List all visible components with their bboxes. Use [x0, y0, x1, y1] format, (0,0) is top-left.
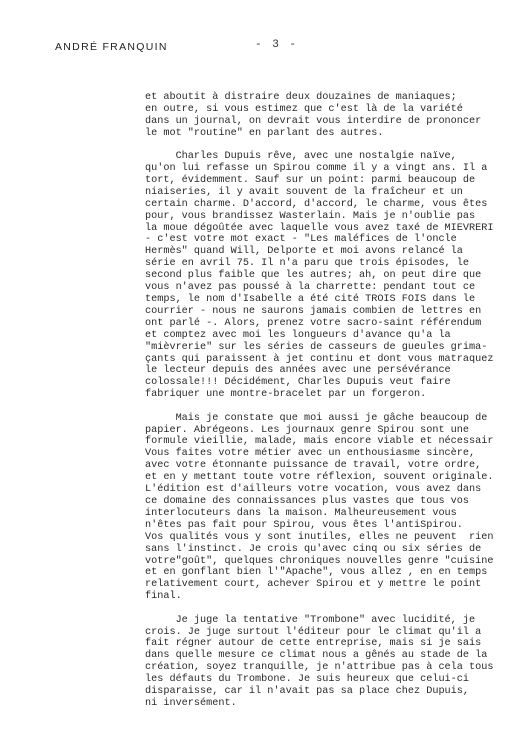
text-line: en outre, si vous estimez que c'est là d…	[145, 104, 525, 116]
text-line: Je juge la tentative "Trombone" avec luc…	[145, 615, 525, 627]
page-number: - 3 -	[255, 39, 298, 51]
text-line: final.	[145, 591, 525, 603]
text-line: Hermès" quand Will, Delporte et moi avon…	[145, 246, 525, 258]
text-line: et comptez avec moi les longueurs d'avan…	[145, 330, 525, 342]
text-line: votre"goût", quelques chroniques nouvell…	[145, 556, 525, 568]
text-line: courrier - nous ne saurons jamais combie…	[145, 306, 525, 318]
text-line: niaiseries, il y avait souvent de la fra…	[145, 187, 525, 199]
text-line: colossale!!! Décidément, Charles Dupuis …	[145, 377, 525, 389]
text-line: dans quelle mesure ce climat nous a gêné…	[145, 650, 525, 662]
text-line: avec votre étonnante puissance de travai…	[145, 460, 525, 472]
text-line: L'édition est d'ailleurs votre vocation,…	[145, 484, 525, 496]
text-line: la moue dégoûtée avec laquelle vous avez…	[145, 223, 525, 235]
text-line: n'êtes pas fait pour Spirou, vous êtes l…	[145, 520, 525, 532]
text-line: et en y mettant toute votre réflexion, s…	[145, 472, 525, 484]
author-name: ANDRÉ FRANQUIN	[55, 41, 168, 53]
text-line: formule vieillie, malade, mais encore vi…	[145, 436, 525, 448]
paragraph: Mais je constate que moi aussi je gâche …	[145, 413, 525, 604]
text-line: certain charme. D'accord, d'accord, le c…	[145, 199, 525, 211]
text-line: temps, le nom d'Isabelle a été cité TROI…	[145, 294, 525, 306]
paragraph: Je juge la tentative "Trombone" avec luc…	[145, 615, 525, 710]
text-line: - c'est votre mot exact - "Les maléfices…	[145, 234, 525, 246]
text-line: le mot "routine" en parlant des autres.	[145, 128, 525, 140]
text-line: çants qui paraissent à jet continu et do…	[145, 354, 525, 366]
text-line: relativement court, achever Spirou et y …	[145, 579, 525, 591]
text-line: Vos qualités vous y sont inutiles, elles…	[145, 532, 525, 544]
text-line: fabriquer une montre-bracelet par un for…	[145, 389, 525, 401]
paragraph: Charles Dupuis rêve, avec une nostalgie …	[145, 151, 525, 401]
text-line: les défauts du Trombone. Je suis heureux…	[145, 674, 525, 686]
text-line: ni inversément.	[145, 698, 525, 710]
text-line: et en gonflant bien l'"Apache", vous all…	[145, 567, 525, 579]
text-line: pour, vous brandissez Wasterlain. Mais j…	[145, 211, 525, 223]
text-line: sans l'instinct. Je crois qu'avec cinq o…	[145, 544, 525, 556]
text-line: dans un journal, on devrait vous interdi…	[145, 116, 525, 128]
text-line: interlocuteurs dans la maison. Malheureu…	[145, 508, 525, 520]
text-line: Mais je constate que moi aussi je gâche …	[145, 413, 525, 425]
text-line: ce domaine des connaissances plus vastes…	[145, 496, 525, 508]
text-line: ont parlé -. Alors, prenez votre sacro-s…	[145, 318, 525, 330]
text-line: création, soyez tranquille, je n'attribu…	[145, 662, 525, 674]
text-line: crois. Je juge surtout l'éditeur pour le…	[145, 627, 525, 639]
text-line: et aboutit à distraire deux douzaines de…	[145, 92, 525, 104]
text-line: série en avril 75. Il n'a paru que trois…	[145, 258, 525, 270]
text-line: disparaisse, car il n'avait pas sa place…	[145, 686, 525, 698]
text-line: qu'on lui refasse un Spirou comme il y a…	[145, 163, 525, 175]
text-line: vous n'avez pas poussé à la charrette: p…	[145, 282, 525, 294]
text-line: second plus faible que les autres; ah, o…	[145, 270, 525, 282]
text-line: fait régner autour de cette entreprise, …	[145, 638, 525, 650]
text-line: Charles Dupuis rêve, avec une nostalgie …	[145, 151, 525, 163]
letter-body: et aboutit à distraire deux douzaines de…	[145, 92, 525, 721]
page-header: ANDRÉ FRANQUIN - 3 -	[0, 41, 531, 61]
text-line: "mièvrerie" sur les séries de casseurs d…	[145, 342, 525, 354]
paragraph: et aboutit à distraire deux douzaines de…	[145, 92, 525, 140]
text-line: papier. Abrégeons. Les journaux genre Sp…	[145, 425, 525, 437]
text-line: tort, évidemment. Sauf sur un point: par…	[145, 175, 525, 187]
text-line: Vous faites votre métier avec un enthous…	[145, 448, 525, 460]
text-line: le lecteur depuis des années avec une pe…	[145, 365, 525, 377]
